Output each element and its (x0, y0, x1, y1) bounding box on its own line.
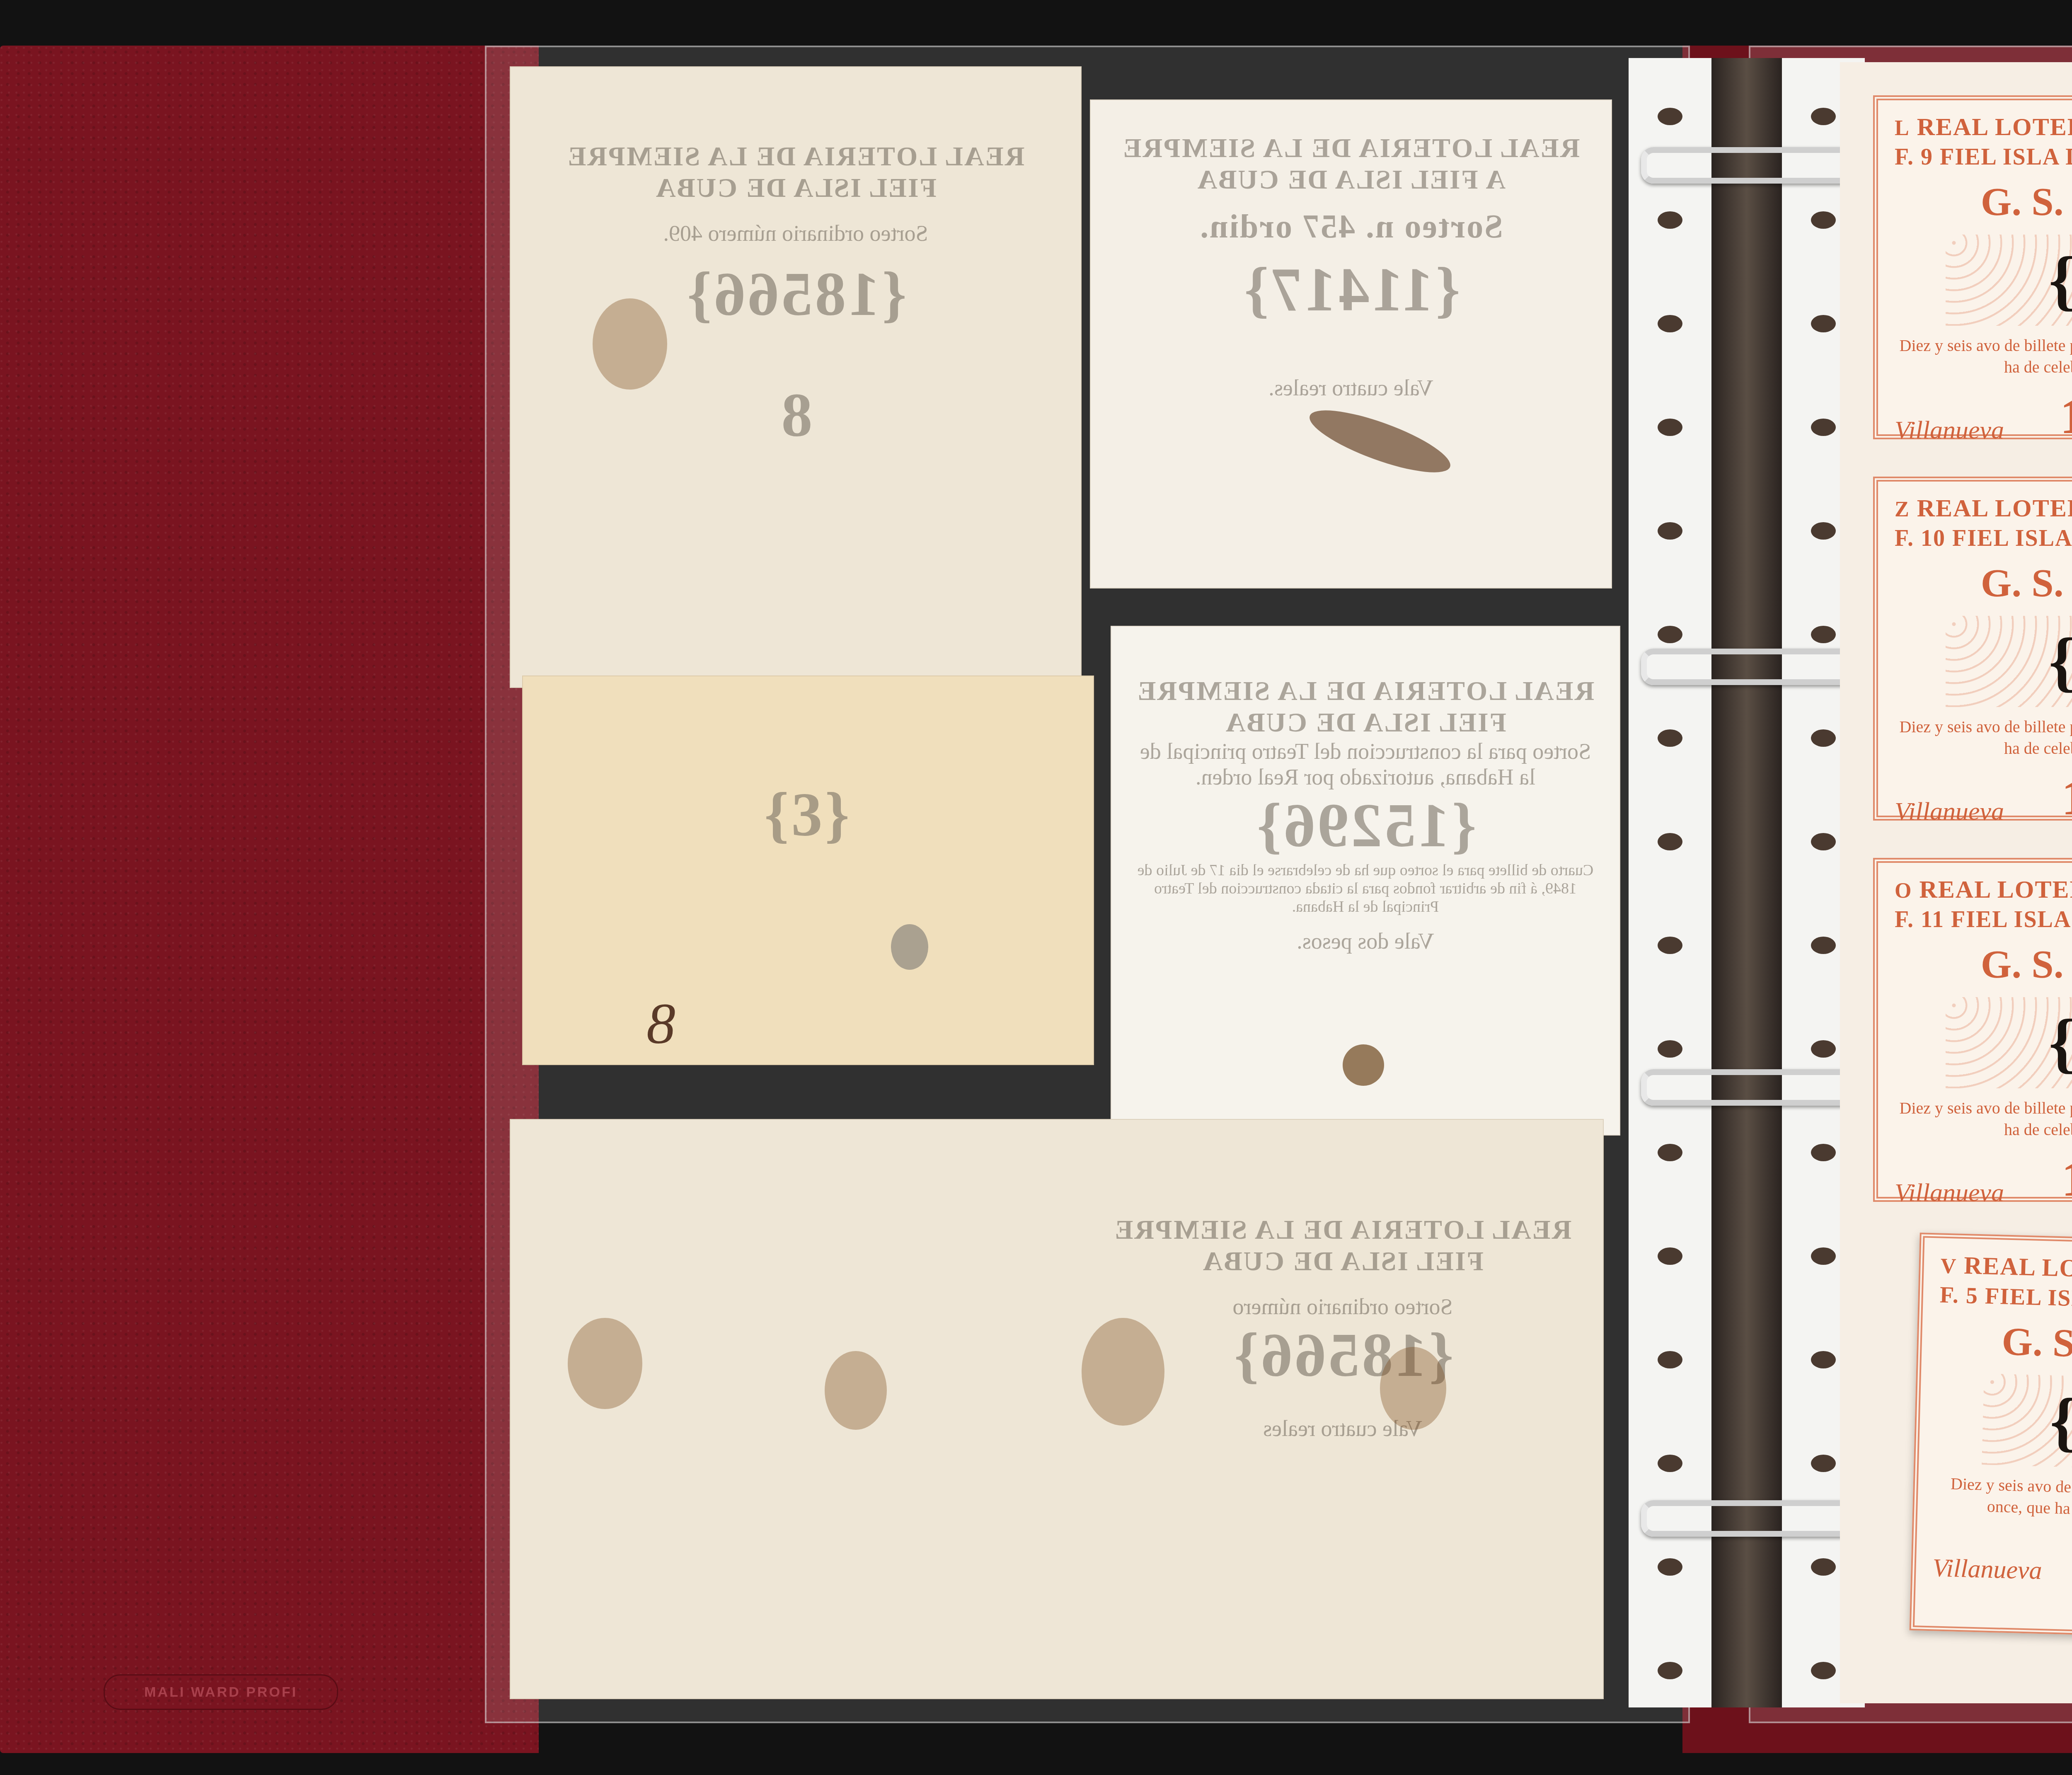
binder-spine (1711, 58, 1782, 1707)
ticket-subheader: A FIEL ISLA DE CUBA (1090, 164, 1612, 196)
ticket-denomination: 16 (2062, 1150, 2072, 1208)
ticket-draw: G. S. n. 11 estraord. (1895, 179, 2072, 225)
ticket-subtitle: FIEL ISLA DE CUBA (1951, 907, 2072, 932)
ticket-subheader: FIEL ISLA DE CUBA (1082, 1246, 1604, 1277)
ticket-number: {19083} (2049, 1383, 2072, 1465)
binder-ring[interactable] (1641, 649, 1868, 685)
ticket-description: Diez y seis avo de billete para el Gran … (1895, 716, 2072, 759)
ticket-denomination: 16 (2060, 388, 2072, 445)
ticket-denomination: 8 (510, 380, 1082, 451)
signature: Villanueva (1895, 416, 2004, 445)
ticket-text: Cuarto de billete para el sorteo que ha … (1111, 861, 1620, 916)
ticket-draw: G. S. n. 11 estraord. (1938, 1316, 2072, 1374)
ticket-series: F. 5 (1939, 1282, 1979, 1309)
signature: Villanueva (1932, 1553, 2043, 1586)
series-letter: L (1895, 116, 1910, 140)
ticket-description: Diez y seis avo de billete para el Gran … (1895, 335, 2072, 378)
punched-strip-left (1629, 58, 1711, 1707)
ticket-number: {6977} (2049, 242, 2072, 319)
ticket-series: F. 9 (1895, 144, 1933, 170)
ticket-description: Diez y seis avo de billete para el Gran … (1895, 1097, 2072, 1141)
ticket-value: Vale cuatro reales (1082, 1416, 1604, 1441)
ticket-number: {6977} (2049, 623, 2072, 700)
series-letter: V (1940, 1254, 1957, 1279)
verso-ticket: REAL LOTERIA DE LA SIEMPRE FIEL ISLA DE … (510, 66, 1082, 688)
series-letter: O (1895, 879, 1912, 903)
ticket-subtitle: FIEL ISLA DE CUBA (1940, 144, 2072, 170)
handwritten-note: 8 (646, 990, 675, 1057)
ticket-header: REAL LOTERIA DE LA SIEMPRE (510, 141, 1082, 172)
ticket-draw: G. S. n. 11 estraord. (1895, 560, 2072, 606)
ticket-title: REAL LOTERIA DE LA SIEMPRE (1917, 113, 2072, 140)
ticket-draw: G. S. n. 11 estraord. (1895, 941, 2072, 987)
binder-ring[interactable] (1641, 1069, 1868, 1106)
ticket-header: REAL LOTERIA DE LA SIEMPRE (1111, 676, 1620, 707)
verso-ticket: REAL LOTERIA DE LA SIEMPRE FIEL ISLA DE … (510, 1119, 1604, 1699)
lottery-ticket: L REAL LOTERIA DE LA SIEMPRE F. 9 FIEL I… (1873, 95, 2072, 439)
ticket-subheader: FIEL ISLA DE CUBA (1111, 707, 1620, 739)
lottery-ticket: Z REAL LOTERIA DE LA SIEMPRE F. 10 FIEL … (1873, 477, 2072, 821)
signature: Villanueva (1895, 797, 2004, 826)
ticket-header: REAL LOTERIA DE LA SIEMPRE (1082, 1214, 1604, 1246)
signature: Villanueva (1895, 1178, 2004, 1208)
ticket-number: {6977} (2049, 1005, 2072, 1081)
ticket-subtitle: FIEL ISLA DE CUBA (1952, 525, 2072, 551)
ticket-series: F. 11 (1895, 907, 1944, 932)
brand-emboss: MALI WARD PROFI (104, 1674, 338, 1710)
verso-ticket: REAL LOTERIA DE LA SIEMPRE A FIEL ISLA D… (1090, 99, 1612, 588)
verso-ticket: {3} 8 (522, 676, 1094, 1065)
lottery-ticket: O REAL LOTERIA DE LA SIEMPRE F. 11 FIEL … (1873, 858, 2072, 1202)
binder-ring[interactable] (1641, 147, 1868, 184)
ticket-title: REAL LOTERIA DE LA SIEMPRE (1917, 494, 2072, 522)
binder-cover-left: MALI WARD PROFI (0, 46, 539, 1753)
ticket-title: REAL LOTERIA DE LA SIEMPRE (1919, 876, 2072, 903)
ticket-subtitle: FIEL ISLA DE CUBA (1985, 1283, 2072, 1315)
ticket-draw: Sorteo ordinario número (1082, 1294, 1604, 1320)
ticket-draw: Sorteo para la construccion del Teatro p… (1111, 739, 1620, 790)
ticket-header: REAL LOTERIA DE LA SIEMPRE (1090, 133, 1612, 164)
ticket-description: Diez y seis avo de billete para el Gran … (1934, 1472, 2072, 1528)
series-letter: Z (1895, 498, 1910, 521)
ticket-draw: Sorteo ordinario número 409. (510, 220, 1082, 246)
ticket-number: {11417} (1090, 254, 1612, 325)
ticket-number: {18566} (510, 259, 1082, 330)
ticket-number: {3} (522, 779, 1094, 850)
ticket-denomination: 16 (2062, 769, 2072, 826)
verso-ticket: REAL LOTERIA DE LA SIEMPRE FIEL ISLA DE … (1111, 626, 1620, 1136)
ticket-value: Vale dos pesos. (1111, 928, 1620, 954)
ticket-draw: Sorteo n. 457 ordin. (1090, 208, 1612, 246)
ticket-value: Vale cuatro reales. (1090, 375, 1612, 401)
lottery-ticket: 27 V REAL LOTERIA DE LA SIEMPRE F. 5 FIE… (1910, 1233, 2072, 1644)
ticket-number: {15296} (1111, 790, 1620, 861)
ticket-subheader: FIEL ISLA DE CUBA (510, 172, 1082, 204)
ticket-series: F. 10 (1895, 525, 1946, 551)
binder-ring[interactable] (1641, 1500, 1868, 1537)
